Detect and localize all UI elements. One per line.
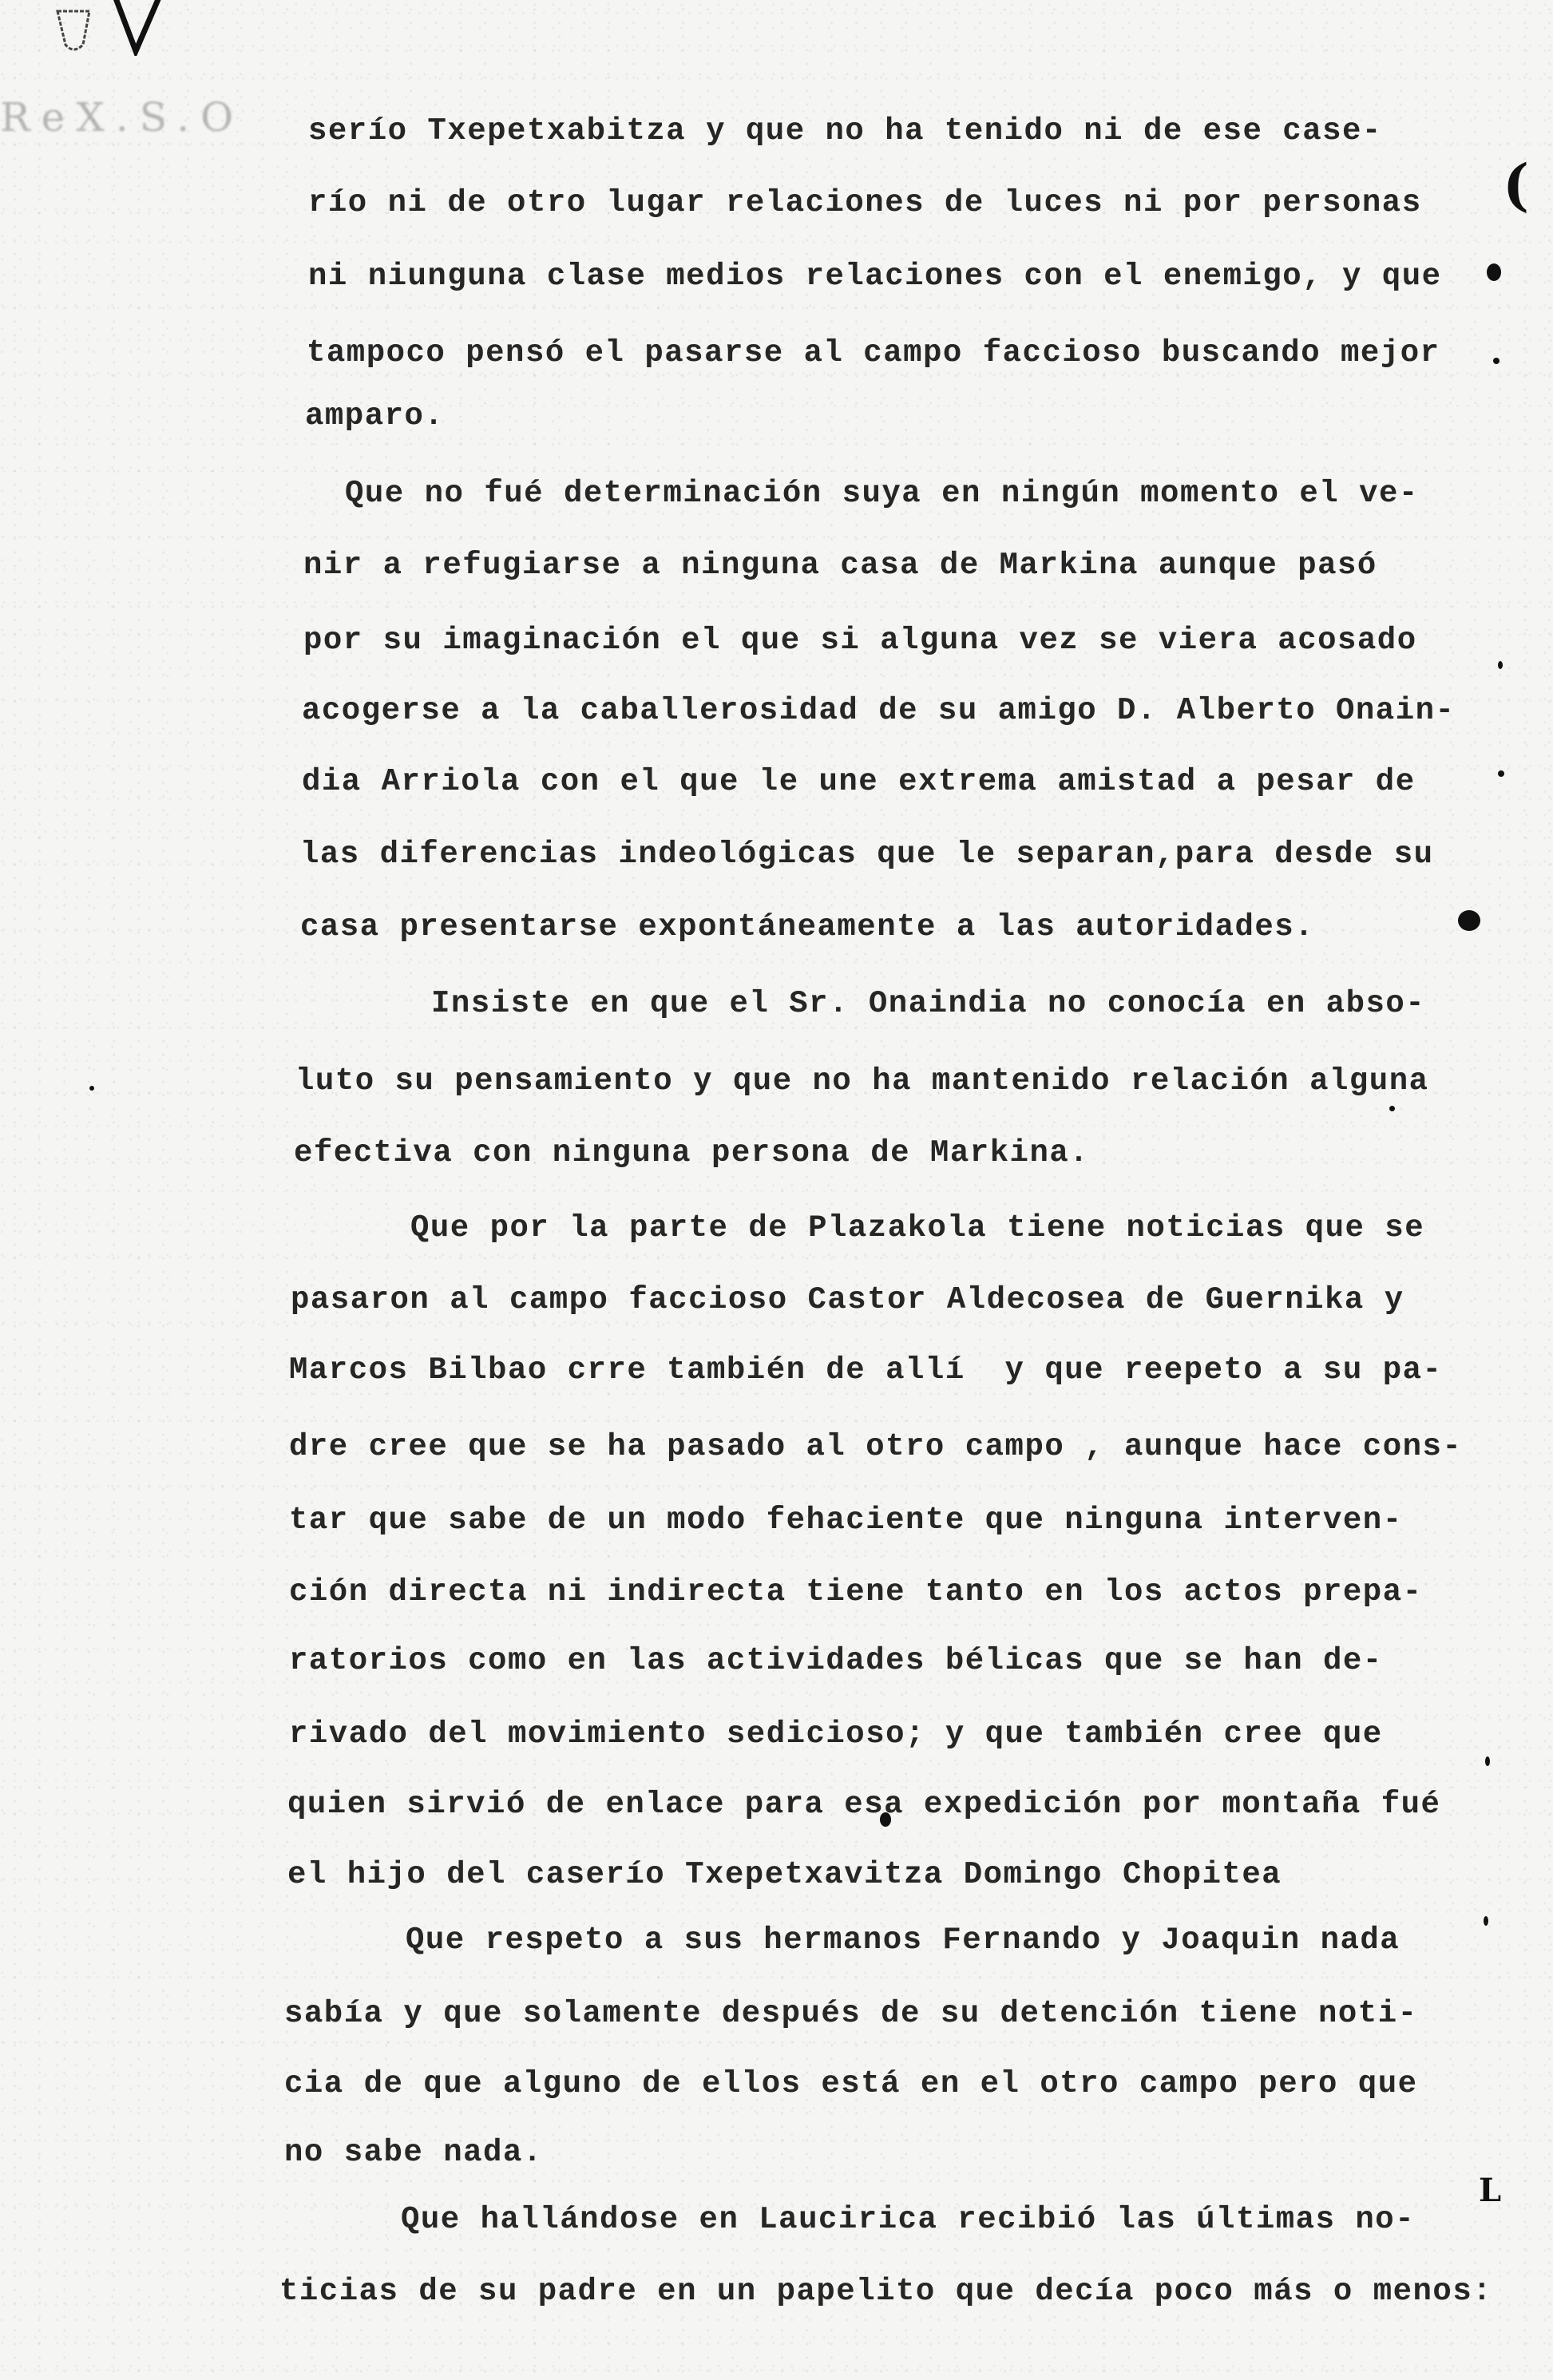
ink-blot bbox=[1458, 910, 1480, 931]
text-line: pasaron al campo faccioso Castor Aldecos… bbox=[291, 1281, 1404, 1319]
text-line: nir a refugiarse a ninguna casa de Marki… bbox=[303, 546, 1377, 584]
faded-stamp-visual: ReX.S.O bbox=[0, 94, 287, 150]
v-mark-icon bbox=[112, 0, 176, 56]
text-line: el hijo del caserío Txepetxavitza Doming… bbox=[287, 1855, 1282, 1894]
scanned-document-page: illegible ReX.S.O serío Txepetxabitza y … bbox=[0, 0, 1553, 2380]
text-line: dia Arriola con el que le une extrema am… bbox=[302, 762, 1416, 801]
text-line: serío Txepetxabitza y que no ha tenido n… bbox=[308, 112, 1382, 150]
text-line: casa presentarse expontáneamente a las a… bbox=[300, 908, 1314, 946]
text-line: tar que sabe de un modo fehaciente que n… bbox=[289, 1501, 1403, 1539]
ink-dot bbox=[1498, 770, 1504, 777]
text-line: rivado del movimiento sedicioso; y que t… bbox=[289, 1715, 1383, 1753]
text-line: sabía y que solamente después de su dete… bbox=[284, 1994, 1418, 2033]
text-line: cia de que alguno de ellos está en el ot… bbox=[284, 2065, 1418, 2103]
text-line: quien sirvió de enlace para esa expedici… bbox=[287, 1785, 1440, 1824]
text-line: tampoco pensó el pasarse al campo faccio… bbox=[307, 334, 1440, 372]
text-line: Insiste en que el Sr. Onaindia no conocí… bbox=[431, 984, 1425, 1023]
text-line: luto su pensamiento y que no ha mantenid… bbox=[295, 1062, 1429, 1100]
shield-stamp-icon bbox=[54, 8, 94, 56]
ink-dot bbox=[1484, 1916, 1488, 1926]
text-line: Que respeto a sus hermanos Fernando y Jo… bbox=[406, 1921, 1400, 1959]
text-line: Que hallándose en Laucirica recibió las … bbox=[401, 2200, 1415, 2239]
text-line: dre cree que se ha pasado al otro campo … bbox=[289, 1428, 1462, 1466]
ink-dot bbox=[1493, 358, 1500, 364]
text-line: Que por la parte de Plazakola tiene noti… bbox=[410, 1209, 1424, 1247]
text-line: Que no fué determinación suya en ningún … bbox=[345, 474, 1419, 513]
ink-dot bbox=[880, 1812, 891, 1827]
text-line: por su imaginación el que si alguna vez … bbox=[303, 621, 1417, 659]
text-line: ción directa ni indirecta tiene tanto en… bbox=[289, 1573, 1423, 1611]
text-line: no sabe nada. bbox=[284, 2133, 543, 2172]
text-line: ratorios como en las actividades bélicas… bbox=[289, 1641, 1383, 1680]
ink-dot bbox=[1485, 1756, 1490, 1766]
margin-bracket-mark: ( bbox=[1503, 152, 1529, 218]
margin-mark-l: L bbox=[1479, 2172, 1501, 2209]
text-line: efectiva con ninguna persona de Markina. bbox=[294, 1134, 1089, 1172]
text-line: las diferencias indeológicas que le sepa… bbox=[300, 835, 1434, 873]
text-line: río ni de otro lugar relaciones de luces… bbox=[308, 184, 1422, 222]
text-line: Marcos Bilbao crre también de allí y que… bbox=[289, 1351, 1442, 1389]
ink-dot bbox=[1389, 1106, 1395, 1111]
text-line: ticias de su padre en un papelito que de… bbox=[279, 2272, 1492, 2311]
text-line: amparo. bbox=[305, 397, 444, 435]
text-line: acogerse a la caballerosidad de su amigo… bbox=[302, 691, 1455, 730]
ink-dot bbox=[1498, 661, 1503, 669]
ink-blot bbox=[1487, 263, 1501, 281]
text-line: ni niunguna clase medios relaciones con … bbox=[308, 257, 1442, 295]
ink-dot bbox=[89, 1086, 94, 1091]
